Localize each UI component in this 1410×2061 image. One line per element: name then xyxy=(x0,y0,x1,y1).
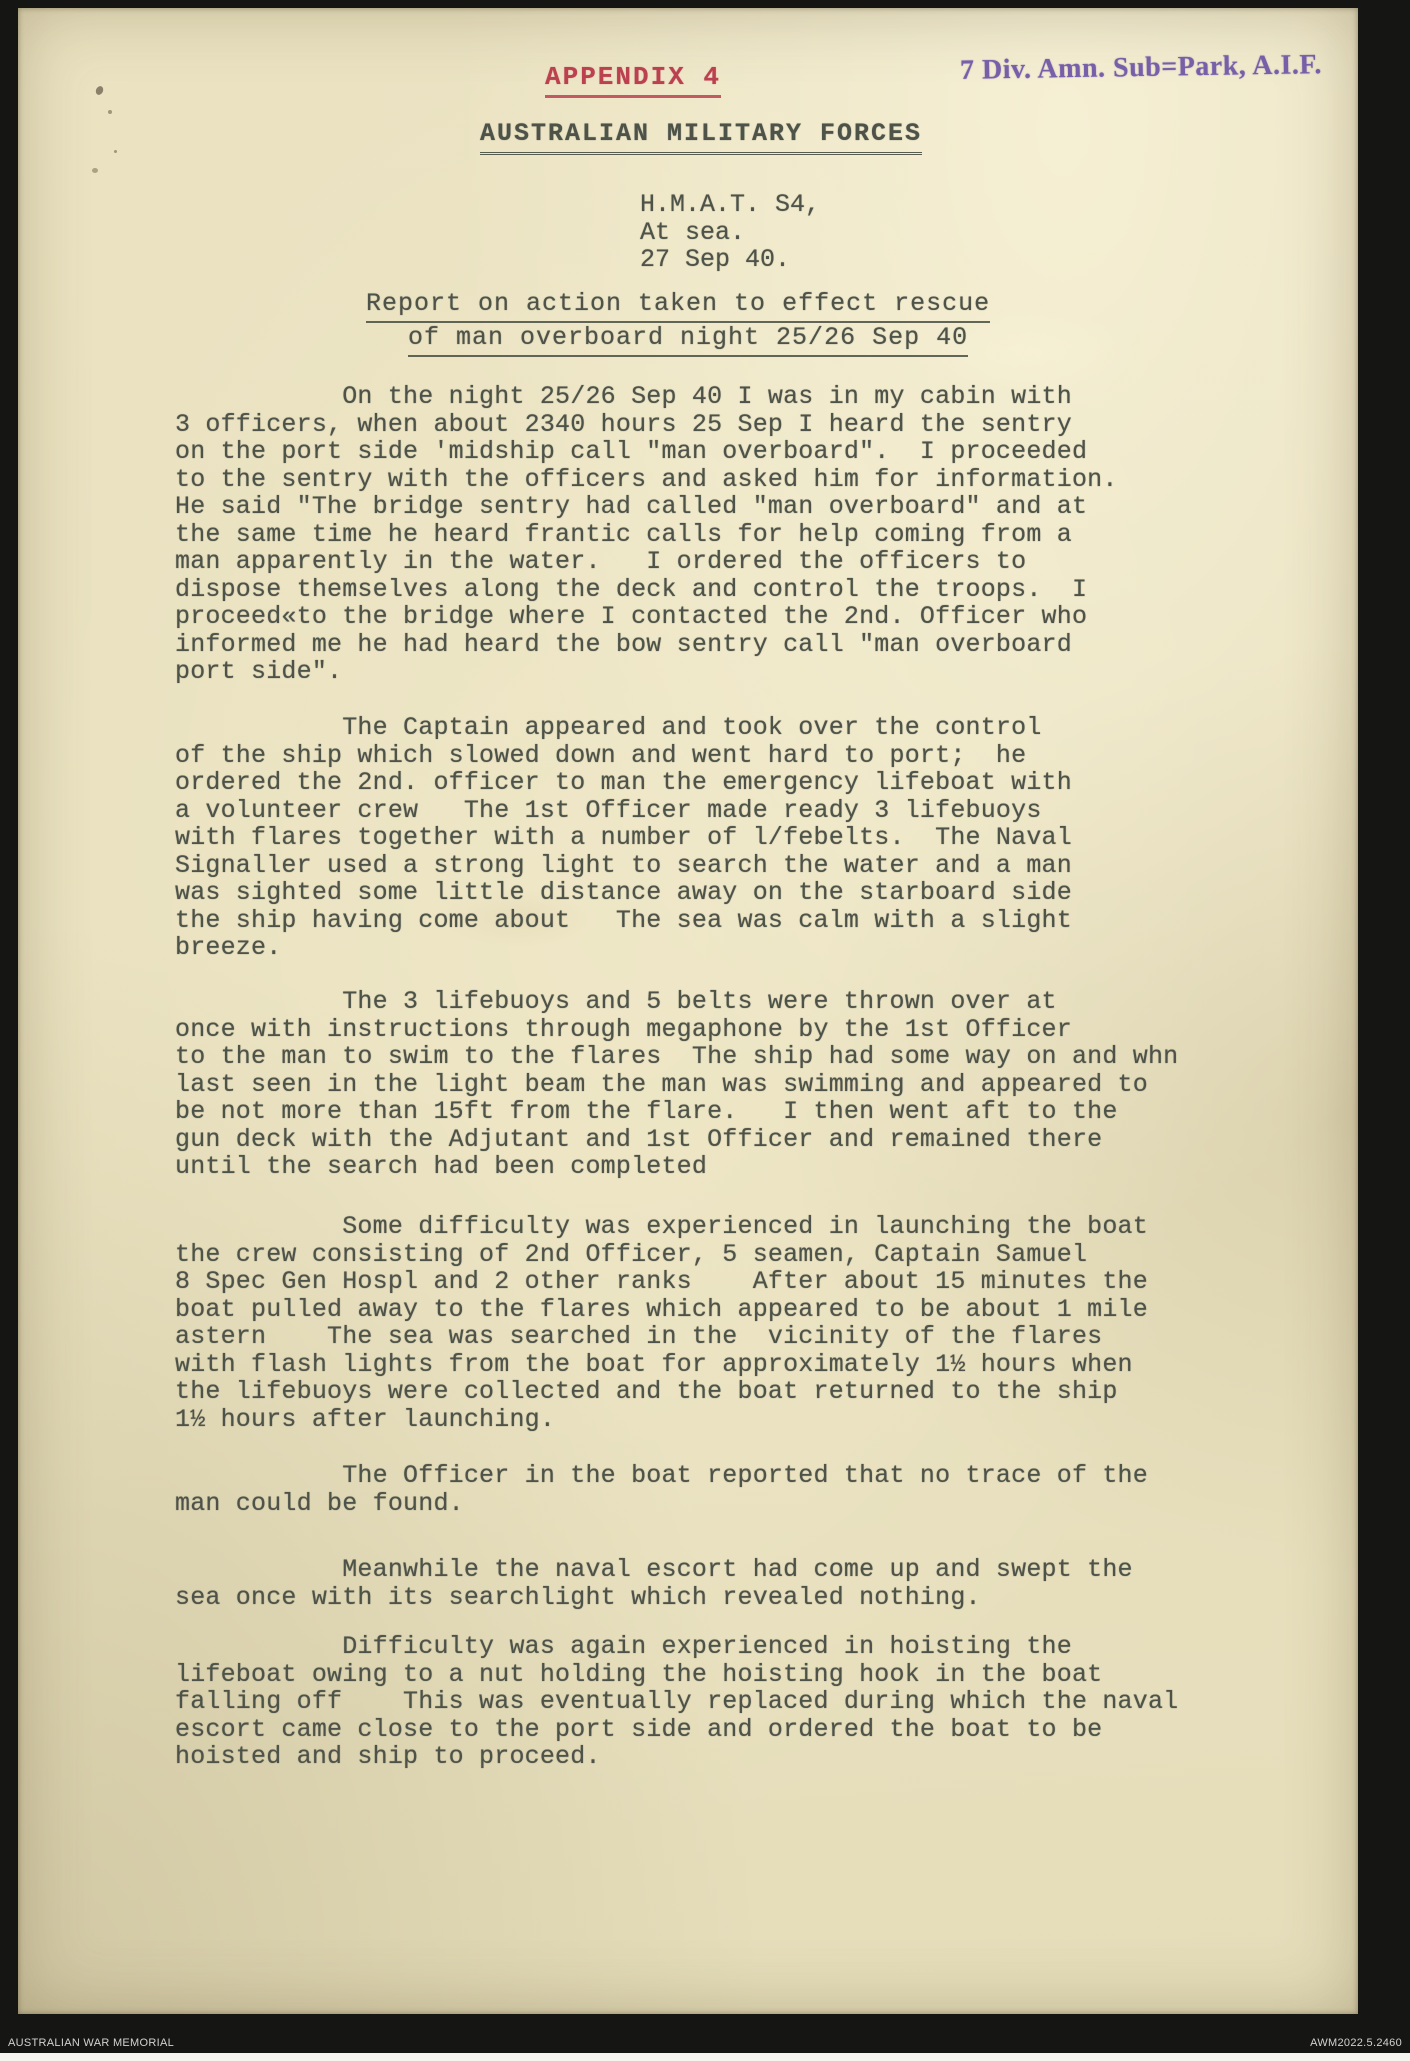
report-title-line1: Report on action taken to effect rescue xyxy=(366,290,990,323)
paper-stain xyxy=(92,168,98,173)
accession-number: AWM2022.5.2460 xyxy=(1310,2037,1402,2049)
dateline: H.M.A.T. S4, At sea. 27 Sep 40. xyxy=(640,191,820,274)
dateline-ship: H.M.A.T. S4, xyxy=(640,190,820,219)
paper-stain xyxy=(114,150,117,153)
appendix-heading: APPENDIX 4 xyxy=(545,64,721,98)
memorial-label: AUSTRALIAN WAR MEMORIAL xyxy=(8,2037,174,2049)
scan-background: APPENDIX 4 7 Div. Amn. Sub=Park, A.I.F. … xyxy=(0,0,1410,2061)
report-title-line2: of man overboard night 25/26 Sep 40 xyxy=(408,324,968,357)
paragraph-6: Meanwhile the naval escort had come up a… xyxy=(175,1556,1133,1611)
paper-stain xyxy=(108,110,112,114)
paragraph-5: The Officer in the boat reported that no… xyxy=(175,1462,1148,1517)
paragraph-2: The Captain appeared and took over the c… xyxy=(175,714,1072,962)
paragraph-3: The 3 lifebuoys and 5 belts were thrown … xyxy=(175,988,1178,1181)
paragraph-4: Some difficulty was experienced in launc… xyxy=(175,1213,1148,1433)
dateline-location: At sea. xyxy=(640,218,745,247)
dateline-date: 27 Sep 40. xyxy=(640,245,790,274)
org-title: AUSTRALIAN MILITARY FORCES xyxy=(480,120,922,155)
scan-bottom-strip xyxy=(0,2053,1410,2061)
paragraph-1: On the night 25/26 Sep 40 I was in my ca… xyxy=(175,383,1118,686)
paper-stain xyxy=(94,85,104,96)
unit-stamp: 7 Div. Amn. Sub=Park, A.I.F. xyxy=(960,49,1322,87)
paragraph-7: Difficulty was again experienced in hois… xyxy=(175,1633,1178,1771)
